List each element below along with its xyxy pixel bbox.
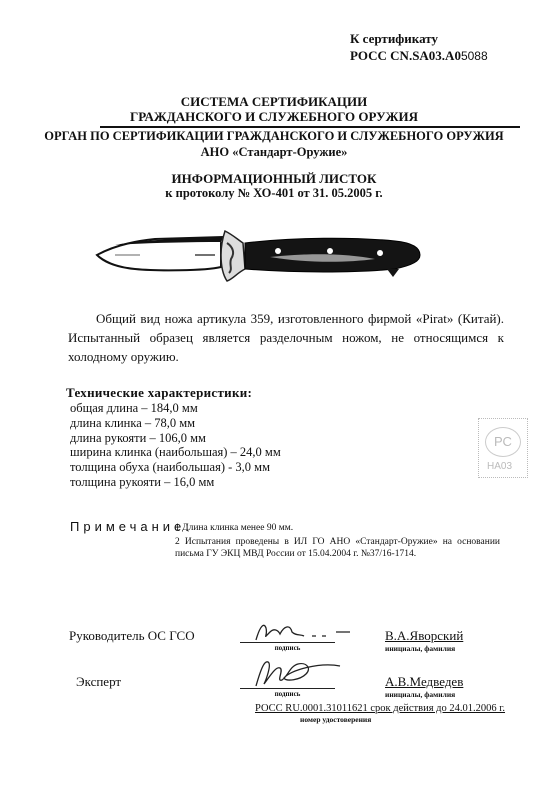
description: Общий вид ножа артикула 359, изготовленн… xyxy=(68,309,504,366)
signature-line xyxy=(240,688,335,689)
stamp-symbol: РС xyxy=(485,427,521,457)
signer-role-head: Руководитель ОС ГСО xyxy=(69,628,195,644)
note-item: 2 Испытания проведены в ИЛ ГО АНО «Станд… xyxy=(175,536,500,561)
notes-list: 1 Длина клинка менее 90 мм. 2 Испытания … xyxy=(175,522,500,561)
spec-item: ширина клинка (наибольшая) – 24,0 мм xyxy=(70,445,281,460)
spec-item: толщина рукояти – 16,0 мм xyxy=(70,475,281,490)
signature-caption: подпись xyxy=(240,644,335,652)
spec-item: длина клинка – 78,0 мм xyxy=(70,416,281,431)
knife-photo-icon xyxy=(95,225,435,285)
signer-name-caption: инициалы, фамилия xyxy=(385,644,455,653)
spec-item: толщина обуха (наибольшая) - 3,0 мм xyxy=(70,460,281,475)
signer-name: А.В.Медведев xyxy=(385,674,463,690)
document-title: ИНФОРМАЦИОННЫЙ ЛИСТОК xyxy=(0,171,548,187)
certificate-code-bold: РОСС CN.SA03.A0 xyxy=(350,48,461,63)
signer-role-expert: Эксперт xyxy=(76,674,121,690)
stamp-label: HA03 xyxy=(487,461,512,472)
spec-item: общая длина – 184,0 мм xyxy=(70,401,281,416)
signature-caption: подпись xyxy=(240,690,335,698)
specs-list: общая длина – 184,0 мм длина клинка – 78… xyxy=(70,401,281,490)
system-title-line1: СИСТЕМА СЕРТИФИКАЦИИ xyxy=(0,94,548,110)
certificate-reference: К сертификату РОСС CN.SA03.A05088 xyxy=(350,30,488,65)
certificate-number-caption: номер удостоверения xyxy=(300,715,371,724)
system-title-line2: ГРАЖДАНСКОГО И СЛУЖЕБНОГО ОРУЖИЯ xyxy=(0,109,548,125)
signature-line xyxy=(240,642,335,643)
spec-item: длина рукояти – 106,0 мм xyxy=(70,431,281,446)
note-item: 1 Длина клинка менее 90 мм. xyxy=(175,522,500,535)
signer-name: В.А.Яворский xyxy=(385,628,463,644)
certificate-code-number: 5088 xyxy=(461,49,488,63)
protocol-reference: к протоколу № ХО-401 от 31. 05.2005 г. xyxy=(0,186,548,201)
organization-name: АНО «Стандарт-Оружие» xyxy=(0,145,548,160)
signer-name-caption: инициалы, фамилия xyxy=(385,690,455,699)
certificate-number: РОСС RU.0001.31011621 срок действия до 2… xyxy=(255,703,505,714)
certification-stamp-icon: РС HA03 xyxy=(478,418,528,478)
organ-title: ОРГАН ПО СЕРТИФИКАЦИИ ГРАЖДАНСКОГО И СЛУ… xyxy=(0,129,548,144)
certificate-reference-line2: РОСС CN.SA03.A05088 xyxy=(350,47,488,65)
header-divider xyxy=(100,126,520,128)
signature-icon xyxy=(250,652,350,692)
specs-title: Технические характеристики: xyxy=(66,385,252,401)
description-paragraph: Общий вид ножа артикула 359, изготовленн… xyxy=(68,309,504,366)
certificate-reference-line1: К сертификату xyxy=(350,30,488,47)
